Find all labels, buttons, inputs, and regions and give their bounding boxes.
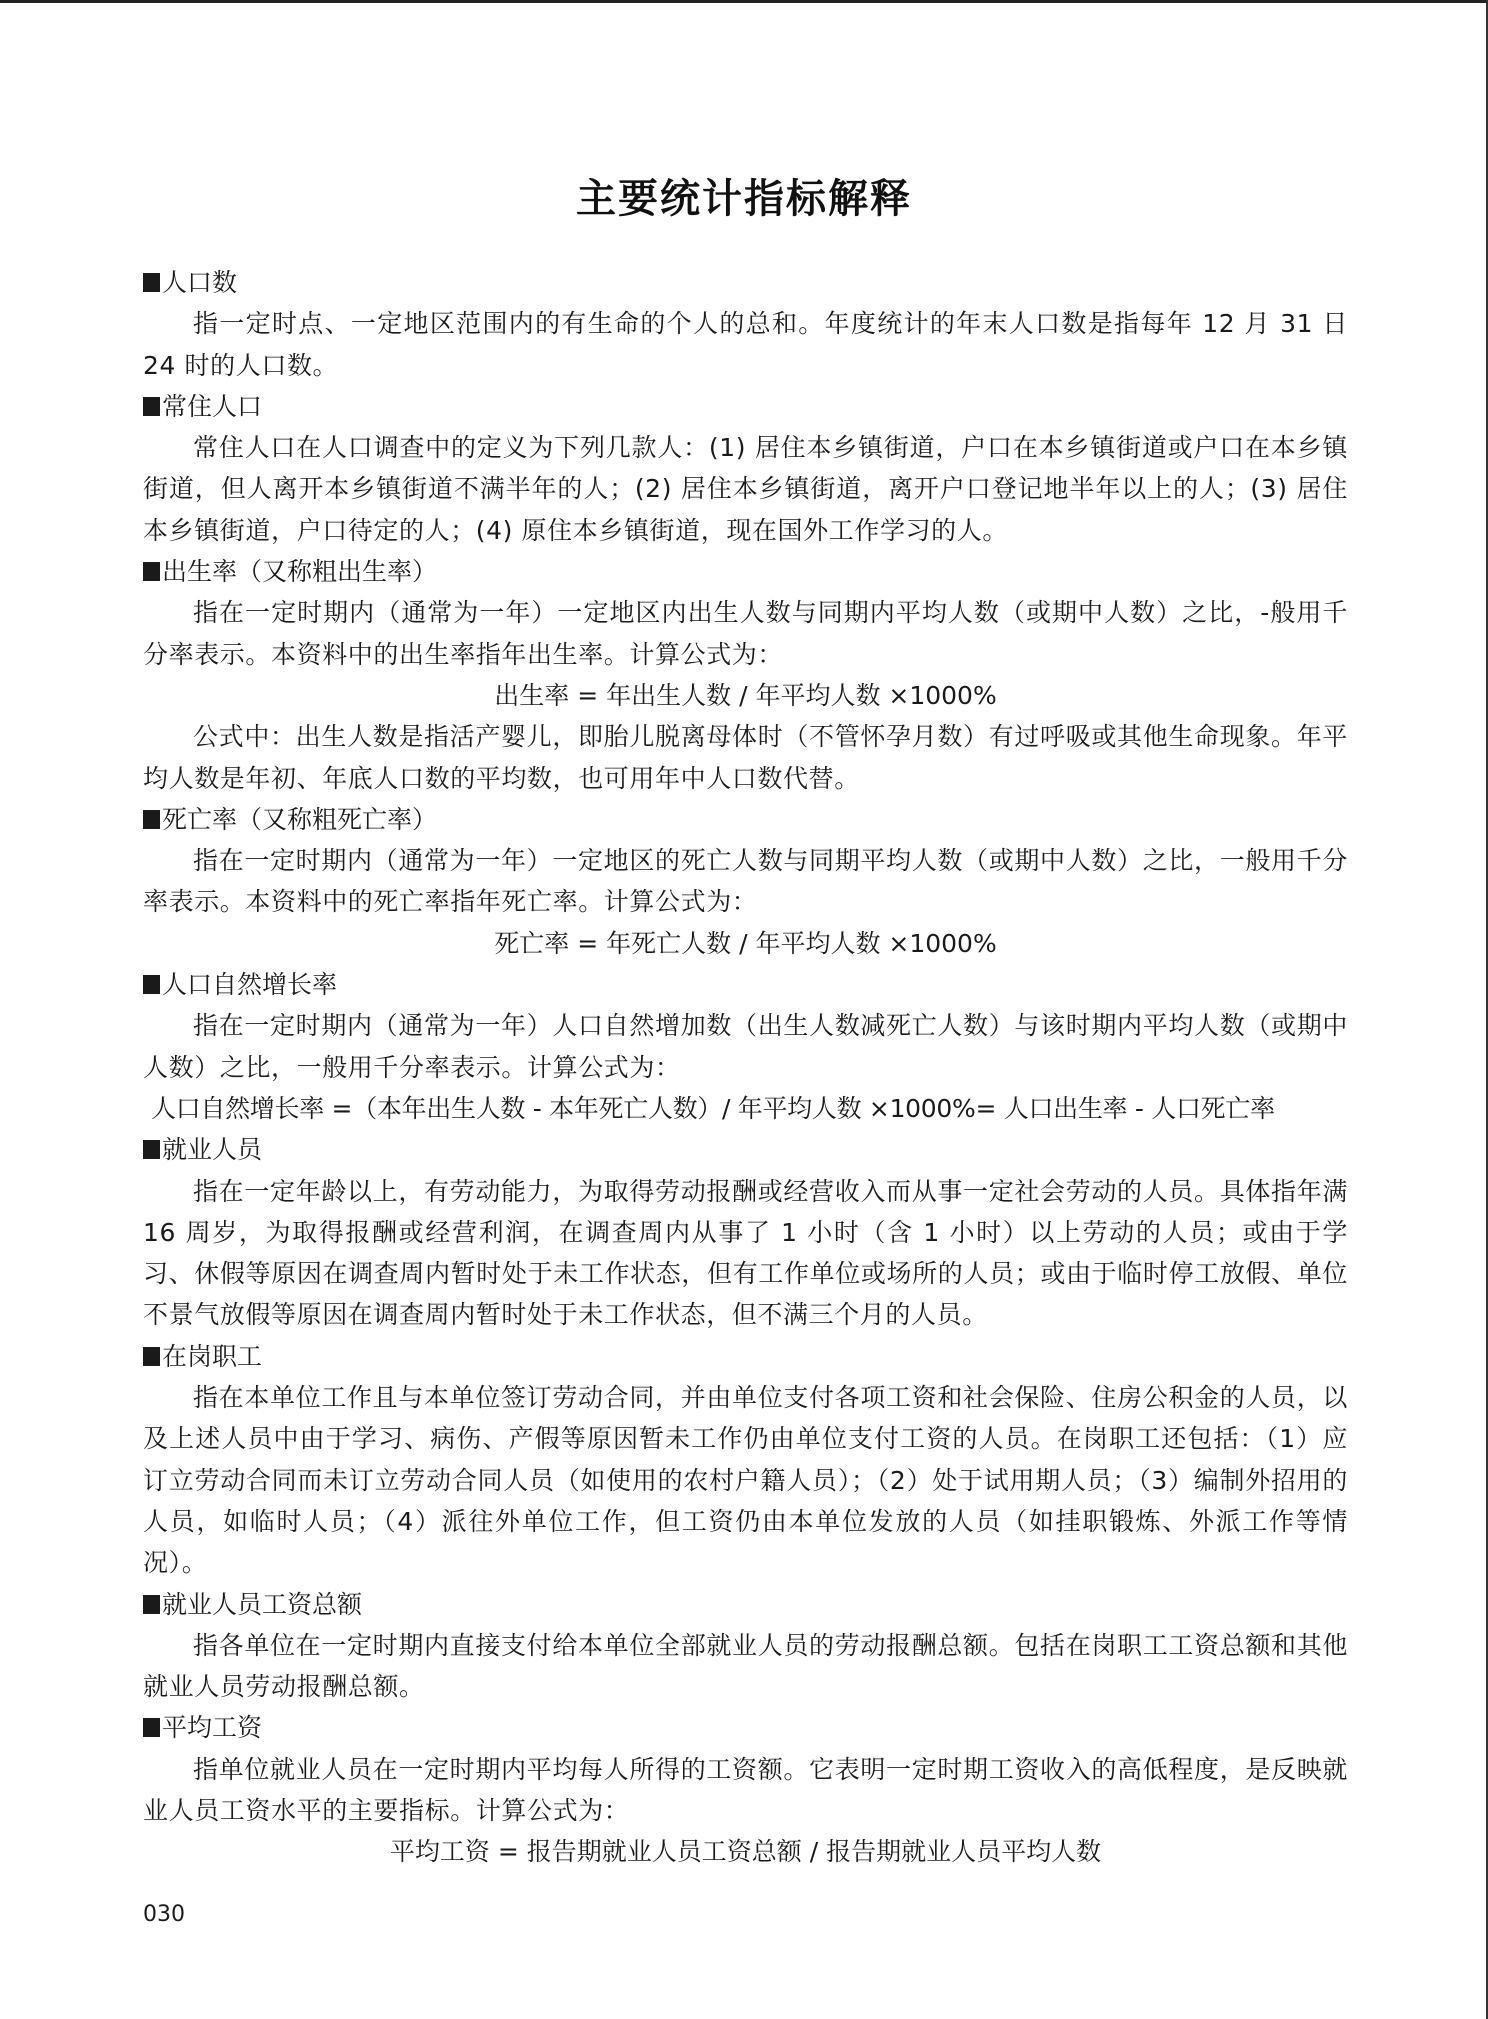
page-title: 主要统计指标解释: [0, 167, 1488, 224]
section-birth-rate: 出生率（又称粗出生率） 指在一定时期内（通常为一年）一定地区内出生人数与同期内平…: [143, 551, 1348, 799]
section-heading-text: 死亡率（又称粗死亡率）: [162, 805, 437, 834]
section-paragraph: 指在一定时期内（通常为一年）人口自然增加数（出生人数减死亡人数）与该时期内平均人…: [143, 1005, 1348, 1088]
section-heading-text: 常住人口: [162, 392, 262, 421]
square-bullet-icon: [143, 975, 160, 994]
square-bullet-icon: [143, 810, 160, 829]
square-bullet-icon: [143, 1347, 160, 1366]
section-heading: 常住人口: [143, 386, 1348, 427]
section-on-post-staff: 在岗职工 指在本单位工作且与本单位签订劳动合同，并由单位支付各项工资和社会保险、…: [143, 1336, 1348, 1584]
section-heading-text: 平均工资: [162, 1713, 262, 1742]
section-paragraph: 常住人口在人口调查中的定义为下列几款人：(1) 居住本乡镇街道，户口在本乡镇街道…: [143, 427, 1348, 551]
section-paragraph: 指单位就业人员在一定时期内平均每人所得的工资额。它表明一定时期工资收入的高低程度…: [143, 1749, 1348, 1832]
section-heading: 死亡率（又称粗死亡率）: [143, 799, 1348, 840]
square-bullet-icon: [143, 1140, 160, 1159]
formula: 平均工资 = 报告期就业人员工资总额 / 报告期就业人员平均人数: [143, 1831, 1348, 1872]
section-paragraph: 指各单位在一定时期内直接支付给本单位全部就业人员的劳动报酬总额。包括在岗职工工资…: [143, 1625, 1348, 1708]
page-top-border: [0, 0, 1488, 3]
section-heading: 人口自然增长率: [143, 964, 1348, 1005]
formula: 人口自然增长率 =（本年出生人数 - 本年死亡人数）/ 年平均人数 ×1000%…: [143, 1088, 1348, 1129]
section-resident-population: 常住人口 常住人口在人口调查中的定义为下列几款人：(1) 居住本乡镇街道，户口在…: [143, 386, 1348, 551]
section-heading-text: 就业人员工资总额: [162, 1590, 362, 1619]
section-paragraph: 指在一定时期内（通常为一年）一定地区的死亡人数与同期平均人数（或期中人数）之比，…: [143, 840, 1348, 923]
page-number: 030: [143, 1902, 185, 1927]
section-natural-growth-rate: 人口自然增长率 指在一定时期内（通常为一年）人口自然增加数（出生人数减死亡人数）…: [143, 964, 1348, 1129]
section-heading-text: 出生率（又称粗出生率）: [162, 557, 437, 586]
section-heading-text: 人口自然增长率: [162, 970, 337, 999]
section-heading: 就业人员: [143, 1129, 1348, 1170]
section-total-wages: 就业人员工资总额 指各单位在一定时期内直接支付给本单位全部就业人员的劳动报酬总额…: [143, 1584, 1348, 1708]
formula: 出生率 = 年出生人数 / 年平均人数 ×1000%: [143, 675, 1348, 716]
section-paragraph: 指在一定年龄以上，有劳动能力，为取得劳动报酬或经营收入而从事一定社会劳动的人员。…: [143, 1171, 1348, 1336]
square-bullet-icon: [143, 1595, 160, 1614]
formula-note: 公式中：出生人数是指活产婴儿，即胎儿脱离母体时（不管怀孕月数）有过呼吸或其他生命…: [143, 716, 1348, 799]
formula: 死亡率 = 年死亡人数 / 年平均人数 ×1000%: [143, 923, 1348, 964]
square-bullet-icon: [143, 397, 160, 416]
section-death-rate: 死亡率（又称粗死亡率） 指在一定时期内（通常为一年）一定地区的死亡人数与同期平均…: [143, 799, 1348, 964]
square-bullet-icon: [143, 562, 160, 581]
section-heading: 出生率（又称粗出生率）: [143, 551, 1348, 592]
section-heading: 人口数: [143, 262, 1348, 303]
section-paragraph: 指在本单位工作且与本单位签订劳动合同，并由单位支付各项工资和社会保险、住房公积金…: [143, 1377, 1348, 1583]
section-heading: 就业人员工资总额: [143, 1584, 1348, 1625]
section-paragraph: 指在一定时期内（通常为一年）一定地区内出生人数与同期内平均人数（或期中人数）之比…: [143, 592, 1348, 675]
section-heading: 在岗职工: [143, 1336, 1348, 1377]
section-heading: 平均工资: [143, 1707, 1348, 1748]
section-population: 人口数 指一定时点、一定地区范围内的有生命的个人的总和。年度统计的年末人口数是指…: [143, 262, 1348, 386]
section-paragraph: 指一定时点、一定地区范围内的有生命的个人的总和。年度统计的年末人口数是指每年 1…: [143, 303, 1348, 386]
section-heading-text: 人口数: [162, 268, 237, 297]
document-body: 人口数 指一定时点、一定地区范围内的有生命的个人的总和。年度统计的年末人口数是指…: [143, 262, 1348, 1873]
section-employed-persons: 就业人员 指在一定年龄以上，有劳动能力，为取得劳动报酬或经营收入而从事一定社会劳…: [143, 1129, 1348, 1335]
square-bullet-icon: [143, 1718, 160, 1737]
square-bullet-icon: [143, 273, 160, 292]
section-heading-text: 在岗职工: [162, 1342, 262, 1371]
section-heading-text: 就业人员: [162, 1135, 262, 1164]
section-average-wage: 平均工资 指单位就业人员在一定时期内平均每人所得的工资额。它表明一定时期工资收入…: [143, 1707, 1348, 1872]
